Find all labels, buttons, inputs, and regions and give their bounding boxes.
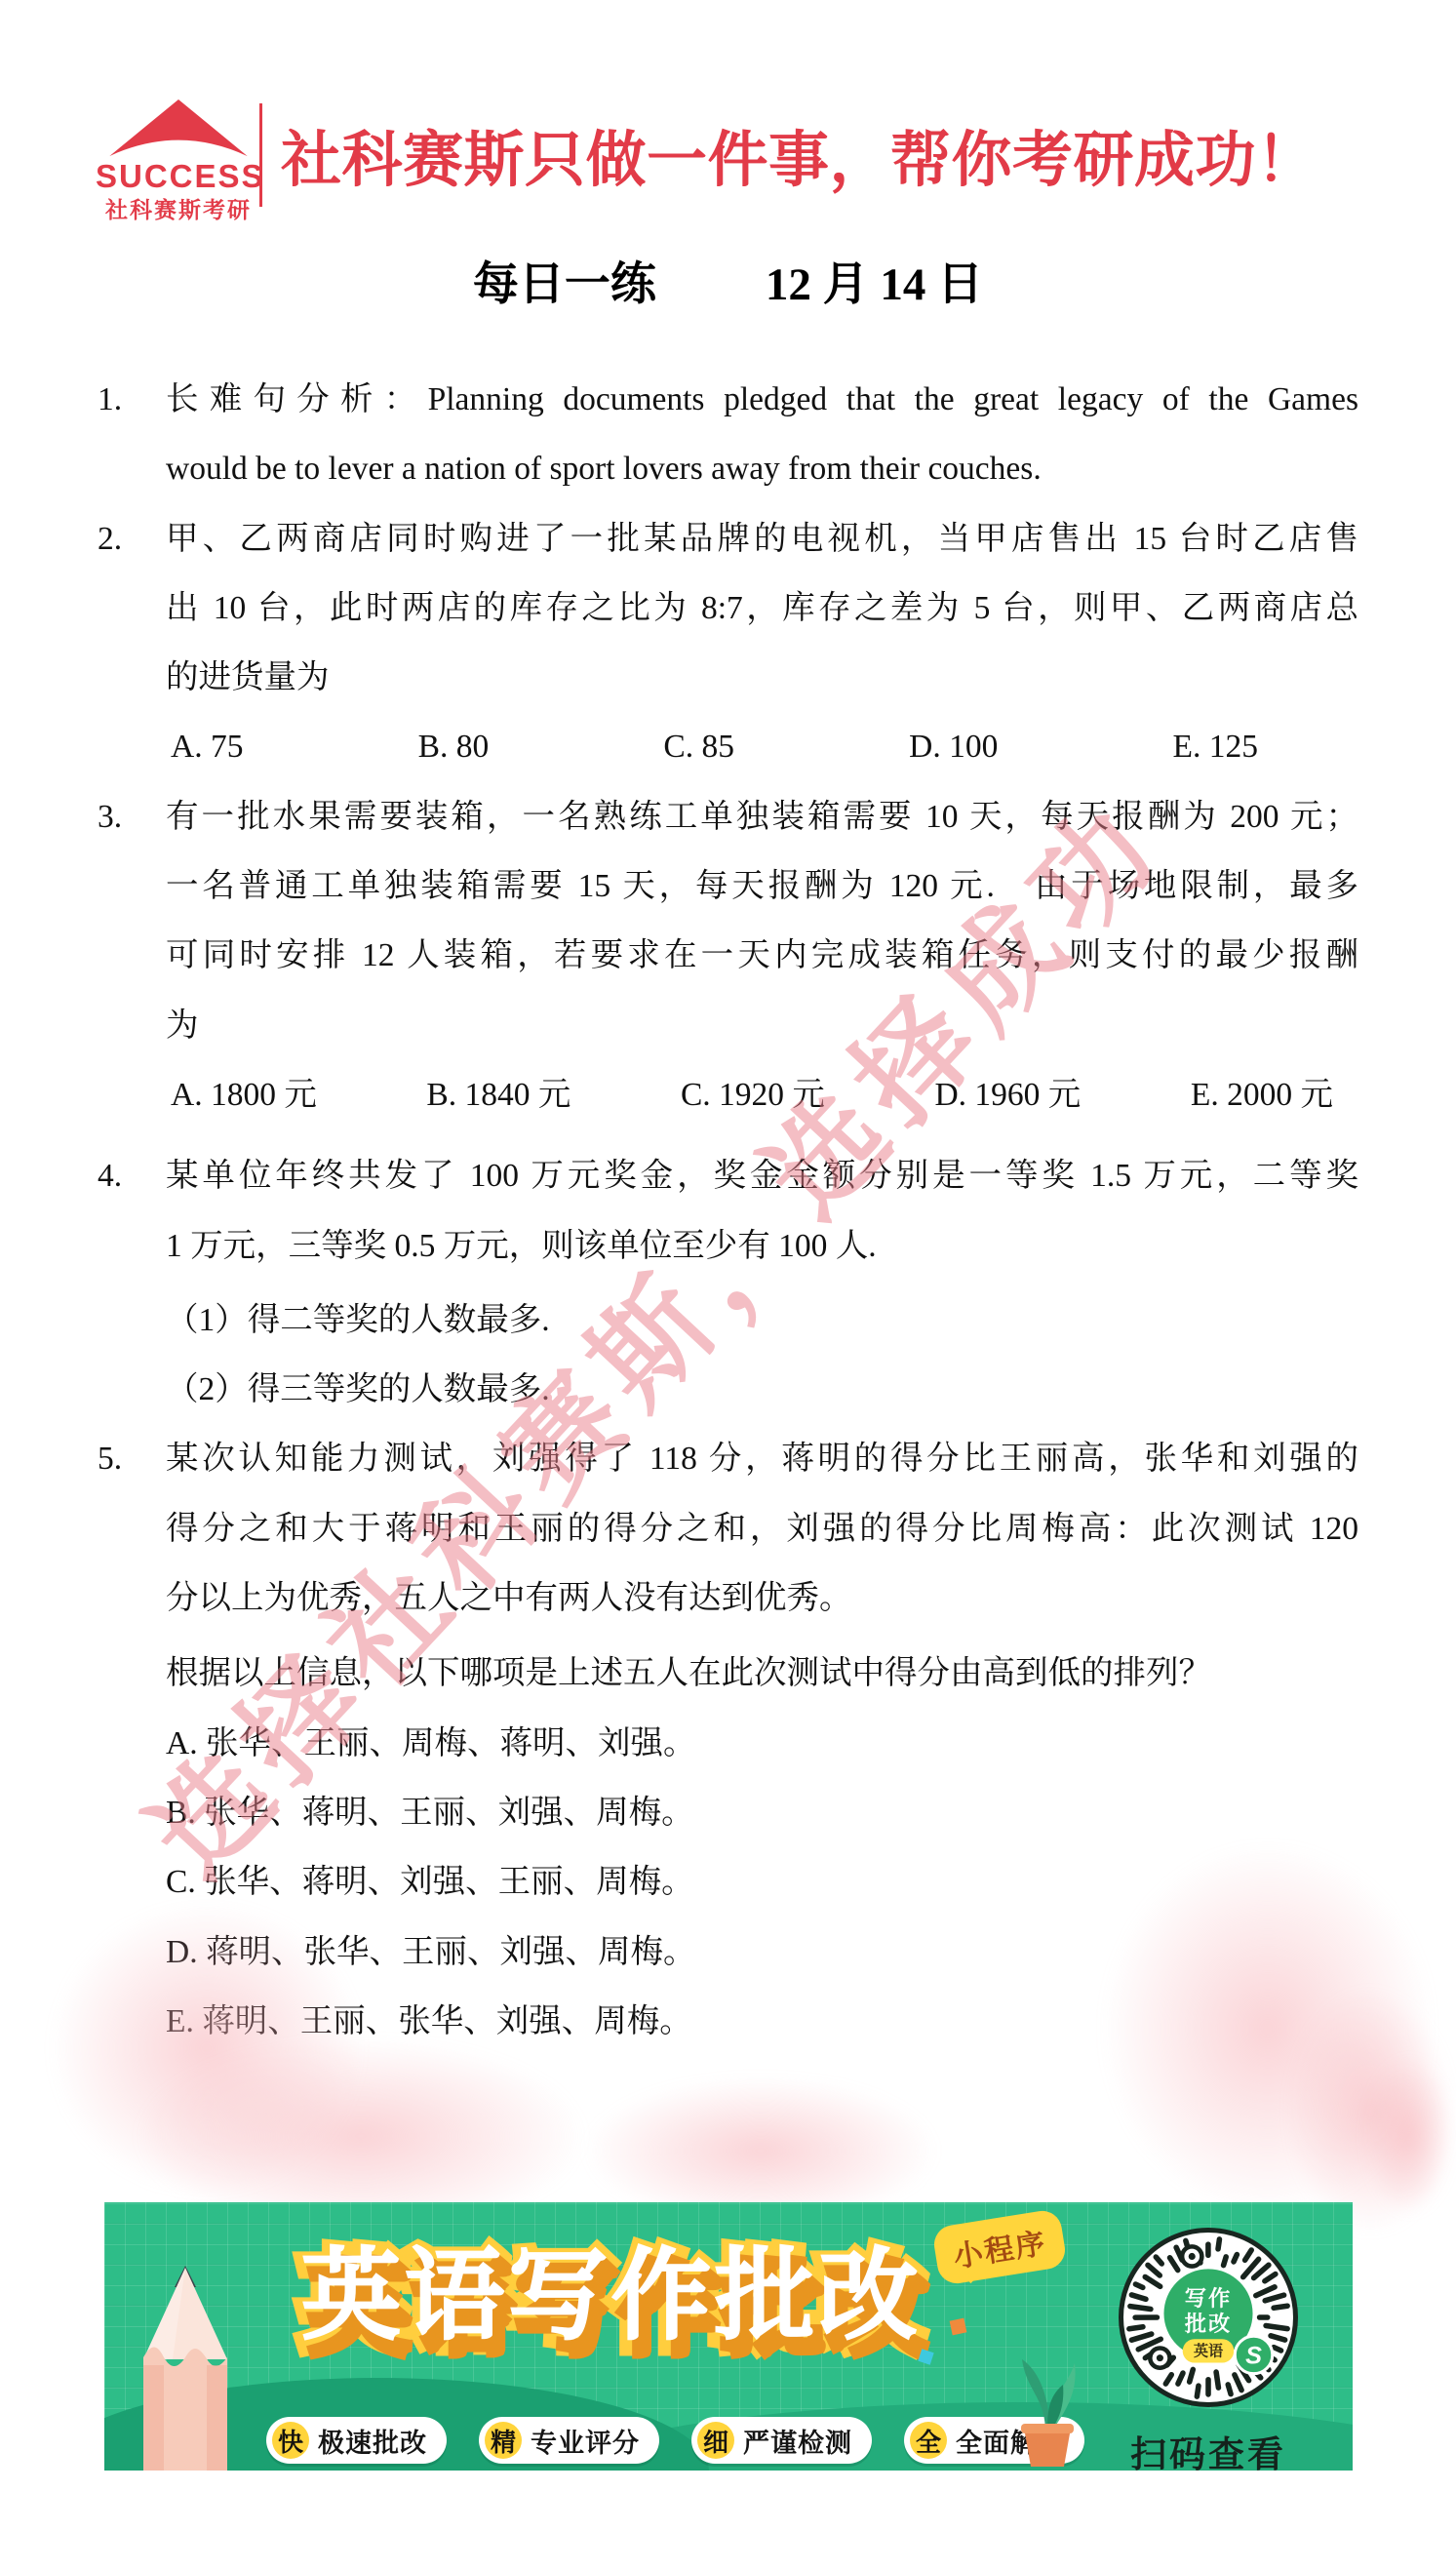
logo-mountain-icon: [105, 98, 252, 158]
feature-pill: 快极速批改: [266, 2417, 447, 2464]
header-slogan: 社科赛斯只做一件事，帮你考研成功！: [281, 99, 1363, 209]
question-line: 1 万元，三等奖 0.5 万元，则该单位至少有 100 人.: [98, 1211, 1358, 1281]
option-item: D. 1960 元: [934, 1060, 1081, 1129]
question-line: 的进货量为: [98, 643, 1358, 712]
question-text: （2）得三等奖的人数最多.: [166, 1371, 550, 1407]
question-text: 出 10 台，此时两店的库存之比为 8:7，库存之差为 5 台，则甲、乙两商店总: [166, 590, 1358, 626]
question-text: 可同时安排 12 人装箱，若要求在一天内完成装箱任务，则支付的最少报酬: [166, 937, 1358, 973]
question-text: E. 蒋明、王丽、张华、刘强、周梅。: [166, 2003, 692, 2039]
feature-pill: 精专业评分: [479, 2417, 659, 2464]
question-line: C. 张华、蒋明、刘强、王丽、周梅。: [98, 1847, 1358, 1917]
question-number: 2.: [98, 504, 156, 573]
option-item: C. 85: [663, 712, 734, 781]
page-title: 每日一练 12 月 14 日: [0, 248, 1456, 313]
option-item: E. 2000 元: [1191, 1060, 1333, 1129]
qr-s-logo: S: [1245, 2343, 1262, 2370]
question-line: D. 蒋明、张华、王丽、刘强、周梅。: [98, 1918, 1358, 1987]
pill-tag-badge: 快: [272, 2422, 309, 2459]
qr-code[interactable]: 写作 批改 英语 S: [1119, 2228, 1298, 2407]
logo-subtitle: 社科赛斯考研: [96, 198, 261, 221]
option-item: C. 1920 元: [681, 1060, 825, 1129]
question-text: 分以上为优秀，五人之中有两人没有达到优秀。: [166, 1580, 852, 1616]
question-text: 为: [166, 1008, 199, 1044]
option-item: E. 125: [1173, 712, 1258, 781]
question-line: 为: [98, 991, 1358, 1060]
question-line: 2.甲、乙两商店同时购进了一批某品牌的电视机，当甲店售出 15 台时乙店售: [98, 504, 1358, 573]
question-text: 根据以上信息，以下哪项是上述五人在此次测试中得分由高到低的排列？: [166, 1655, 1211, 1691]
question-text: D. 蒋明、张华、王丽、刘强、周梅。: [166, 1934, 695, 1970]
qr-center-label: 写作: [1185, 2285, 1233, 2311]
question-line: E. 蒋明、王丽、张华、刘强、周梅。: [98, 1987, 1358, 2056]
question-number: 3.: [98, 782, 156, 851]
question-line: 可同时安排 12 人装箱，若要求在一天内完成装箱任务，则支付的最少报酬: [98, 921, 1358, 990]
feature-pills: 快极速批改精专业评分细严谨检测全全面解读: [266, 2417, 1084, 2464]
question-line: would be to lever a nation of sport love…: [98, 434, 1358, 503]
question-line: 根据以上信息，以下哪项是上述五人在此次测试中得分由高到低的排列？: [98, 1639, 1358, 1708]
option-row: A. 1800 元B. 1840 元C. 1920 元D. 1960 元E. 2…: [98, 1060, 1358, 1129]
question-line: A. 张华、王丽、周梅、蒋明、刘强。: [98, 1709, 1358, 1778]
page: SUCCESS 社科赛斯考研 社科赛斯只做一件事，帮你考研成功！ 每日一练 12…: [0, 0, 1456, 2570]
question-text: would be to lever a nation of sport love…: [166, 451, 1042, 487]
question-text: 一名普通工单独装箱需要 15 天，每天报酬为 120 元. 由于场地限制，最多: [166, 868, 1358, 904]
question-text: 某次认知能力测试，刘强得了 118 分，蒋明的得分比王丽高，张华和刘强的: [166, 1441, 1358, 1477]
option-item: A. 1800 元: [171, 1060, 317, 1129]
daily-practice-title: 每日一练: [473, 248, 656, 313]
question-number: 5.: [98, 1424, 156, 1493]
question-text: C. 张华、蒋明、刘强、王丽、周梅。: [166, 1864, 694, 1900]
question-line: （2）得三等奖的人数最多.: [98, 1355, 1358, 1424]
question-text: 的进货量为: [166, 659, 330, 695]
logo-wordmark: SUCCESS: [96, 160, 261, 194]
question-line: 3.有一批水果需要装箱，一名熟练工单独装箱需要 10 天，每天报酬为 200 元…: [98, 782, 1358, 851]
question-number: 1.: [98, 365, 156, 434]
question-text: B. 张华、蒋明、王丽、刘强、周梅。: [166, 1795, 694, 1831]
question-line: 4.某单位年终共发了 100 万元奖金，奖金金额分别是一等奖 1.5 万元，二等…: [98, 1141, 1358, 1210]
pill-tag-badge: 全: [910, 2422, 947, 2459]
option-item: B. 80: [418, 712, 490, 781]
qr-subject-label: 英语: [1194, 2342, 1224, 2359]
question-text: 得分之和大于蒋明和王丽的得分之和，刘强的得分比周梅高：此次测试 120: [166, 1511, 1358, 1547]
qr-center-label2: 批改: [1185, 2311, 1233, 2336]
plant-illustration-icon: [1006, 2338, 1088, 2469]
question-line: （1）得二等奖的人数最多.: [98, 1285, 1358, 1355]
question-text: 有一批水果需要装箱，一名熟练工单独装箱需要 10 天，每天报酬为 200 元；: [166, 799, 1358, 835]
option-item: B. 1840 元: [426, 1060, 571, 1129]
question-line: 分以上为优秀，五人之中有两人没有达到优秀。: [98, 1563, 1358, 1633]
decor-orange-square: [950, 2318, 967, 2336]
pill-label: 严谨检测: [743, 2422, 852, 2460]
question-text: 某单位年终共发了 100 万元奖金，奖金金额分别是一等奖 1.5 万元，二等奖: [166, 1158, 1358, 1194]
footer-banner: 英语写作批改 英语写作批改 英语写作批改 小程序 快极速批改精专业评分细严谨检测…: [104, 2202, 1353, 2471]
practice-date: 12 月 14 日: [766, 248, 983, 313]
scan-hint: 扫码查看: [1101, 2425, 1316, 2471]
question-text: 1 万元，三等奖 0.5 万元，则该单位至少有 100 人.: [166, 1228, 877, 1264]
question-number: 4.: [98, 1141, 156, 1210]
pill-label: 极速批改: [318, 2422, 427, 2460]
question-line: 出 10 台，此时两店的库存之比为 8:7，库存之差为 5 台，则甲、乙两商店总: [98, 573, 1358, 643]
question-line: 1.长难句分析：Planning documents pledged that …: [98, 365, 1358, 434]
option-row: A. 75B. 80C. 85D. 100E. 125: [98, 712, 1358, 781]
success-logo: SUCCESS 社科赛斯考研: [96, 98, 261, 221]
feature-pill: 细严谨检测: [691, 2417, 872, 2464]
question-line: 一名普通工单独装箱需要 15 天，每天报酬为 120 元. 由于场地限制，最多: [98, 851, 1358, 921]
pill-label: 专业评分: [531, 2422, 640, 2460]
mini-program-bubble: 小程序: [931, 2208, 1068, 2286]
pill-tag-badge: 精: [485, 2422, 522, 2459]
question-text: （1）得二等奖的人数最多.: [166, 1302, 550, 1338]
question-lines: 1.长难句分析：Planning documents pledged that …: [98, 365, 1358, 2056]
brand-divider: [259, 103, 262, 207]
watercolor-blob: [1365, 2058, 1453, 2214]
pill-tag-badge: 细: [697, 2422, 734, 2459]
option-item: A. 75: [171, 712, 243, 781]
option-item: D. 100: [909, 712, 998, 781]
question-text: A. 张华、王丽、周梅、蒋明、刘强。: [166, 1725, 695, 1761]
question-line: 5.某次认知能力测试，刘强得了 118 分，蒋明的得分比王丽高，张华和刘强的: [98, 1424, 1358, 1493]
question-text: 长难句分析：Planning documents pledged that th…: [166, 381, 1358, 417]
question-line: B. 张华、蒋明、王丽、刘强、周梅。: [98, 1778, 1358, 1847]
question-text: 甲、乙两商店同时购进了一批某品牌的电视机，当甲店售出 15 台时乙店售: [166, 521, 1358, 557]
qr-code-svg: 写作 批改 英语 S: [1123, 2233, 1293, 2402]
pencil-illustration-icon: [132, 2266, 239, 2471]
question-line: 得分之和大于蒋明和王丽的得分之和，刘强的得分比周梅高：此次测试 120: [98, 1494, 1358, 1563]
